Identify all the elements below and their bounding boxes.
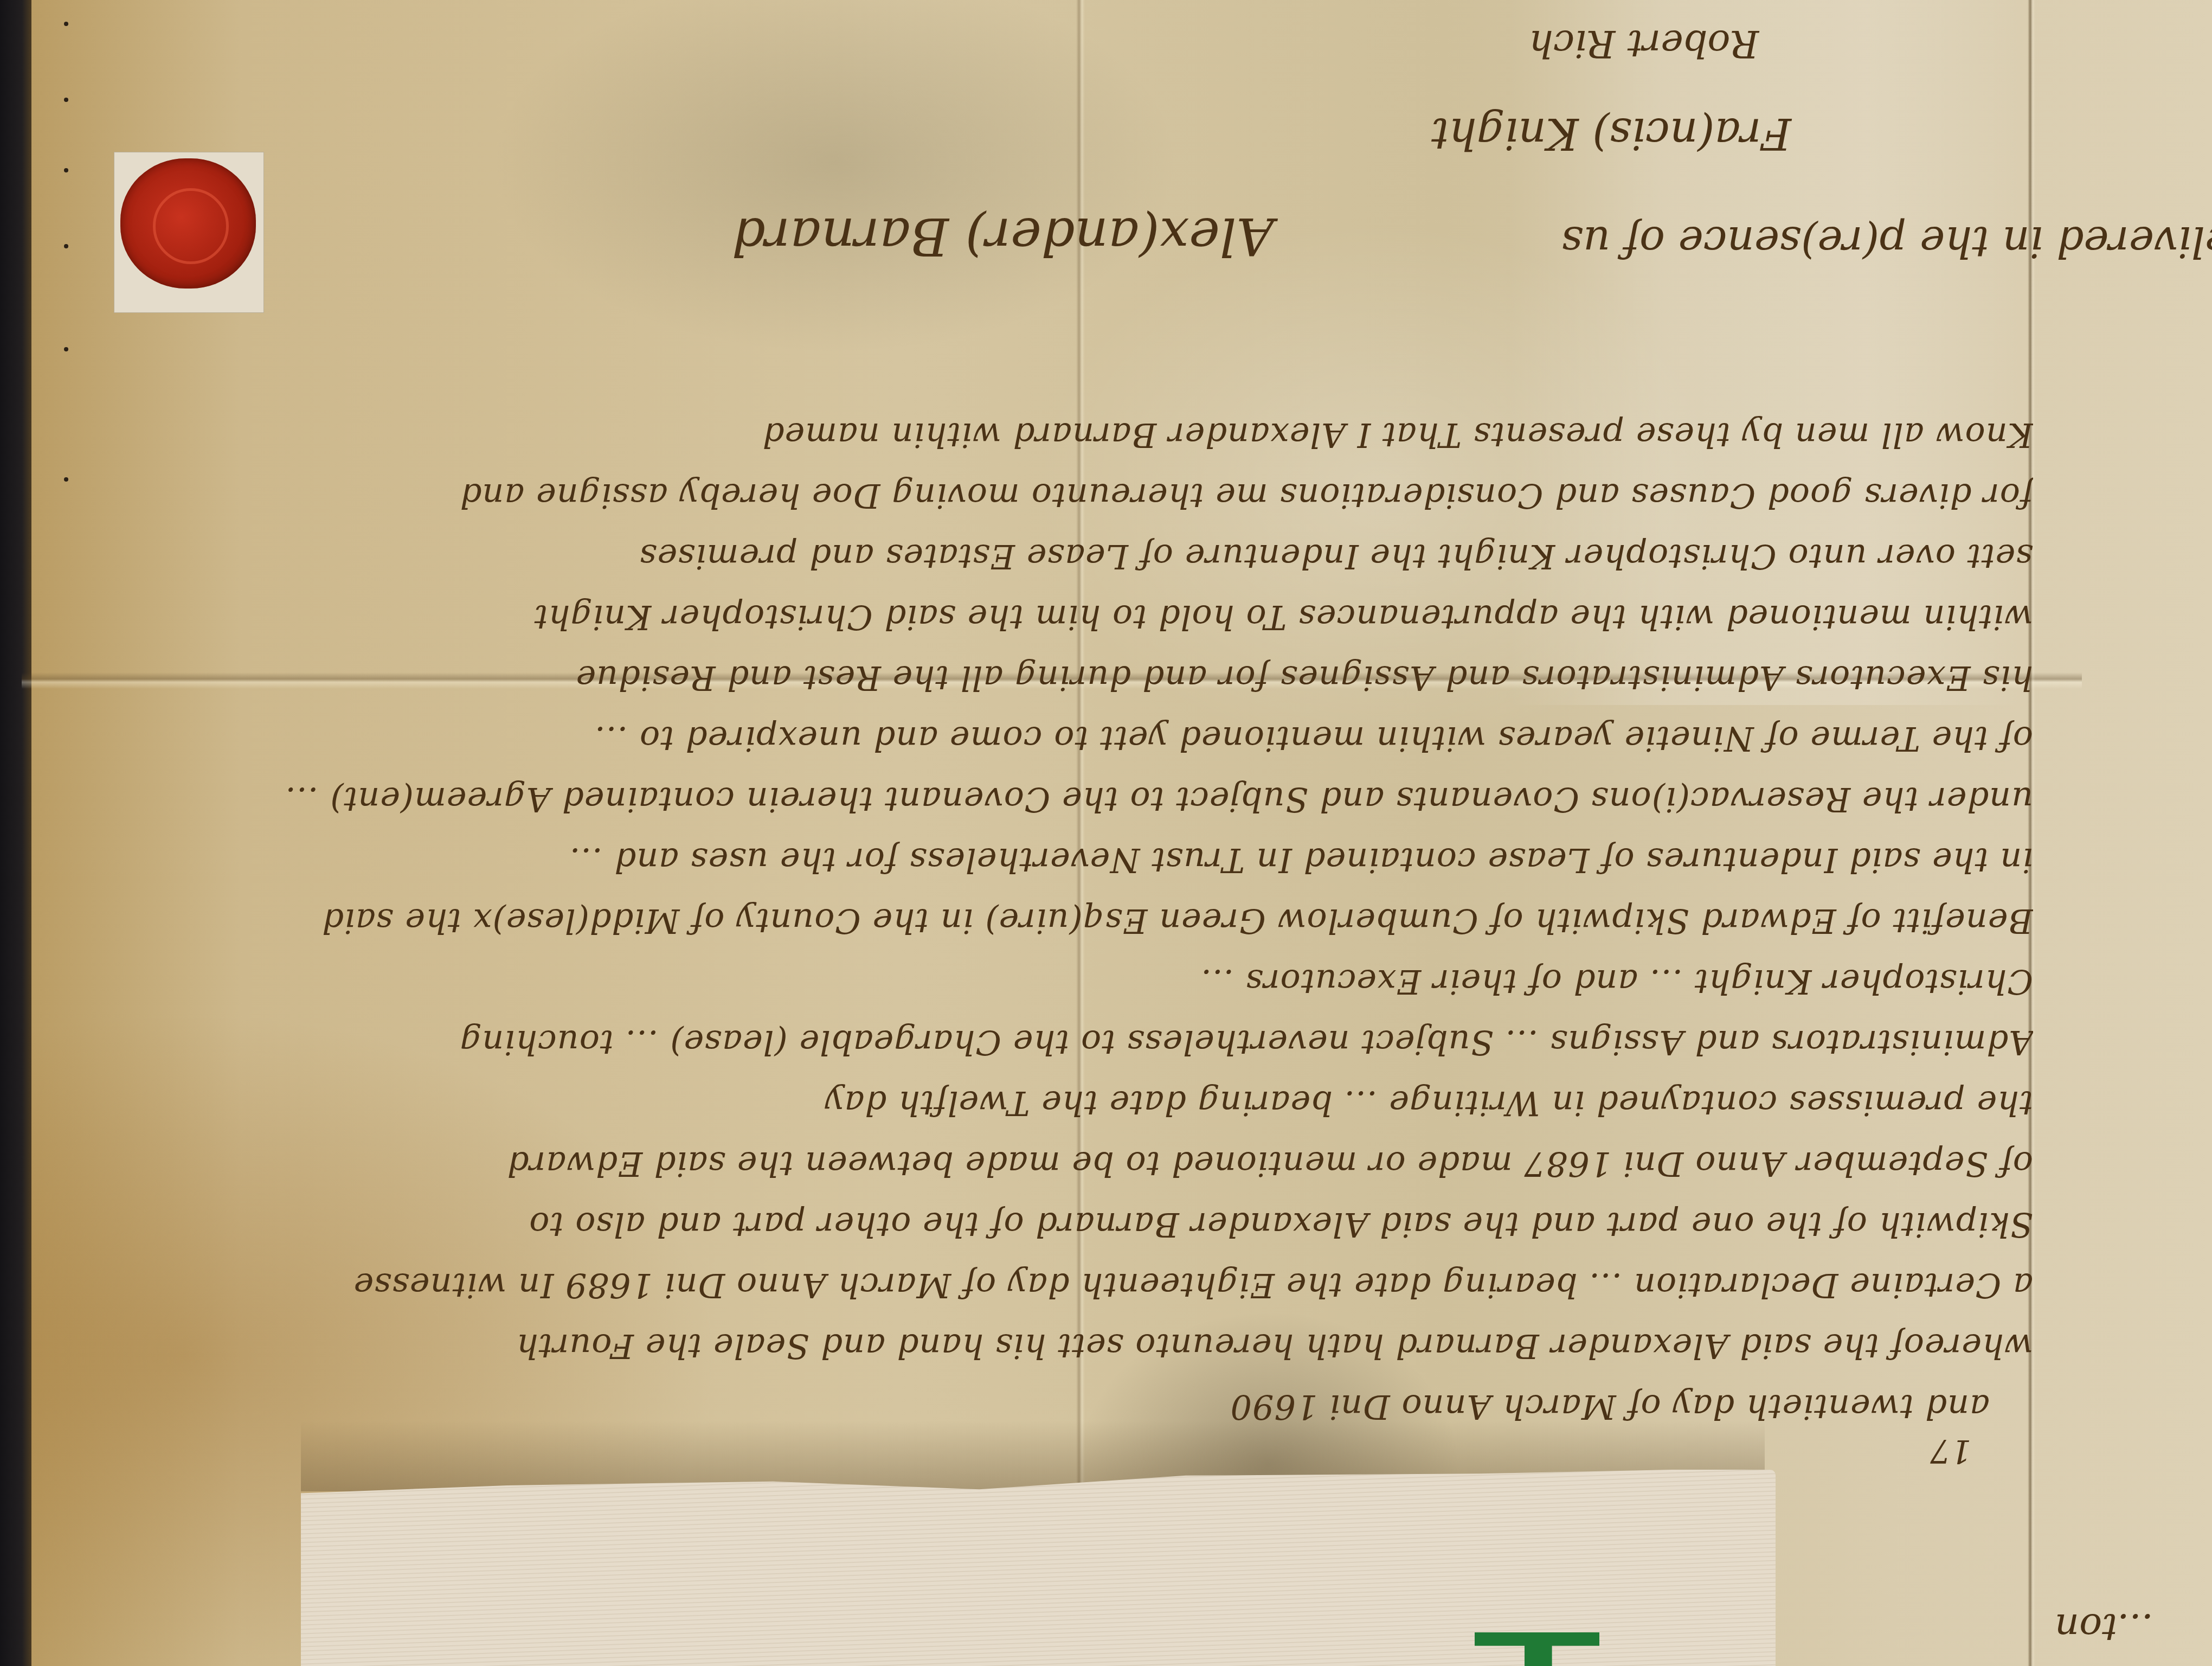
deed-line: sett over unto Christopher Knight the In… xyxy=(49,526,2033,587)
grantor-signature: Alex(ander) Barnard xyxy=(732,206,1274,267)
deed-line: of September Anno Dni 1687 made or menti… xyxy=(49,1133,2033,1194)
deed-line: Benefitt of Edward Skipwith of Cumberlow… xyxy=(49,890,2033,951)
background-edge xyxy=(0,0,31,1666)
deed-line: of the Terme of Ninetie yeares within me… xyxy=(49,708,2033,769)
deed-line: under the Reservac(i)ons Covenants and S… xyxy=(49,769,2033,830)
edge-margin-note: ...ton xyxy=(2055,1605,2153,1650)
punch-hole xyxy=(64,168,68,172)
deed-line: whereof the said Alexander Barnard hath … xyxy=(49,1316,2033,1376)
deed-line: within mentioned with the appurtenances … xyxy=(49,587,2033,648)
deed-line: his Executors Administrators and Assigne… xyxy=(49,648,2033,708)
witness-signature-1: Fra(ncis) Knight xyxy=(1431,108,1791,159)
punch-hole xyxy=(64,244,68,248)
deed-line: in the said Indentures of Lease containe… xyxy=(49,830,2033,890)
deed-line: the premisses contayned in Writinge ... … xyxy=(49,1073,2033,1133)
deed-line: Christopher Knight ... and of their Exec… xyxy=(49,951,2033,1012)
punch-hole xyxy=(64,22,68,26)
deed-line: a Certaine Declaration ... bearing date … xyxy=(49,1255,2033,1316)
fold-margin-note: 17 xyxy=(1930,1432,1971,1470)
deed-body-text: and twentieth day of March Anno Dni 1690… xyxy=(49,542,2033,1437)
attestation-clause: Sealed and Delivered in the p(re)sence o… xyxy=(1561,217,2212,266)
deed-line: Skipwith of the one part and the said Al… xyxy=(49,1194,2033,1255)
red-wax-seal xyxy=(120,158,256,289)
deed-line: for divers good Causes and Consideration… xyxy=(49,465,2033,526)
witness-signature-2: Robert Rich xyxy=(1529,22,1759,66)
deed-line: Know all men by these presents That I Al… xyxy=(49,405,2033,465)
punch-hole xyxy=(64,347,68,351)
punch-hole xyxy=(64,98,68,102)
deed-line: Administrators and Assigns ... Subject n… xyxy=(49,1012,2033,1073)
